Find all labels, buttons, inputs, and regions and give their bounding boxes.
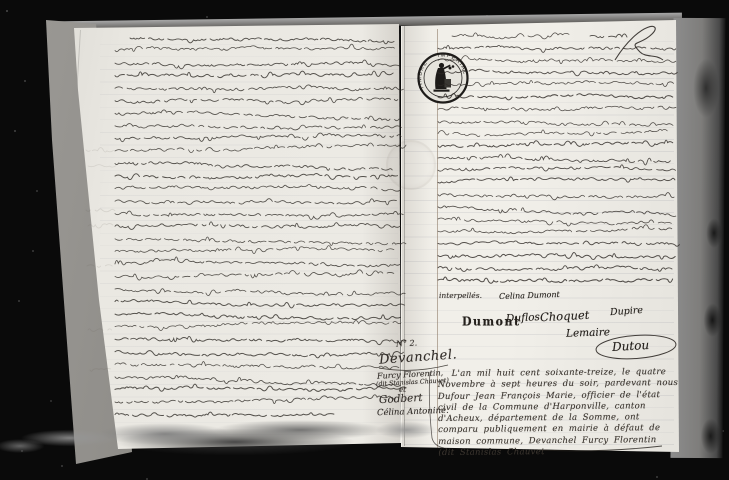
signature-lemaire: Lemaire [566, 326, 610, 340]
signature-dutou: Dutou [612, 338, 650, 354]
margin-bride-surname: Godbert [379, 392, 423, 406]
bottom-shadow-smoke [366, 416, 446, 452]
act2-line: (dit Stanislas Chauvet [438, 446, 676, 459]
signature-dupire: Dupire [610, 305, 644, 318]
act2-text-block: L'an mil huit cent soixante-treize, le q… [438, 367, 677, 459]
register-scan: TIMBRE IMPERIAL N° 2. Devanchel. Furcy F… [0, 0, 729, 480]
act1-closing-word: interpellés. [439, 291, 482, 300]
act2-line: maison commune, Devanchel Furcy Florenti… [438, 435, 676, 448]
signature-duflos: Duflos [506, 311, 540, 325]
act-number: N° 2. [396, 338, 418, 348]
signature-choquet: Choquet [540, 308, 590, 325]
